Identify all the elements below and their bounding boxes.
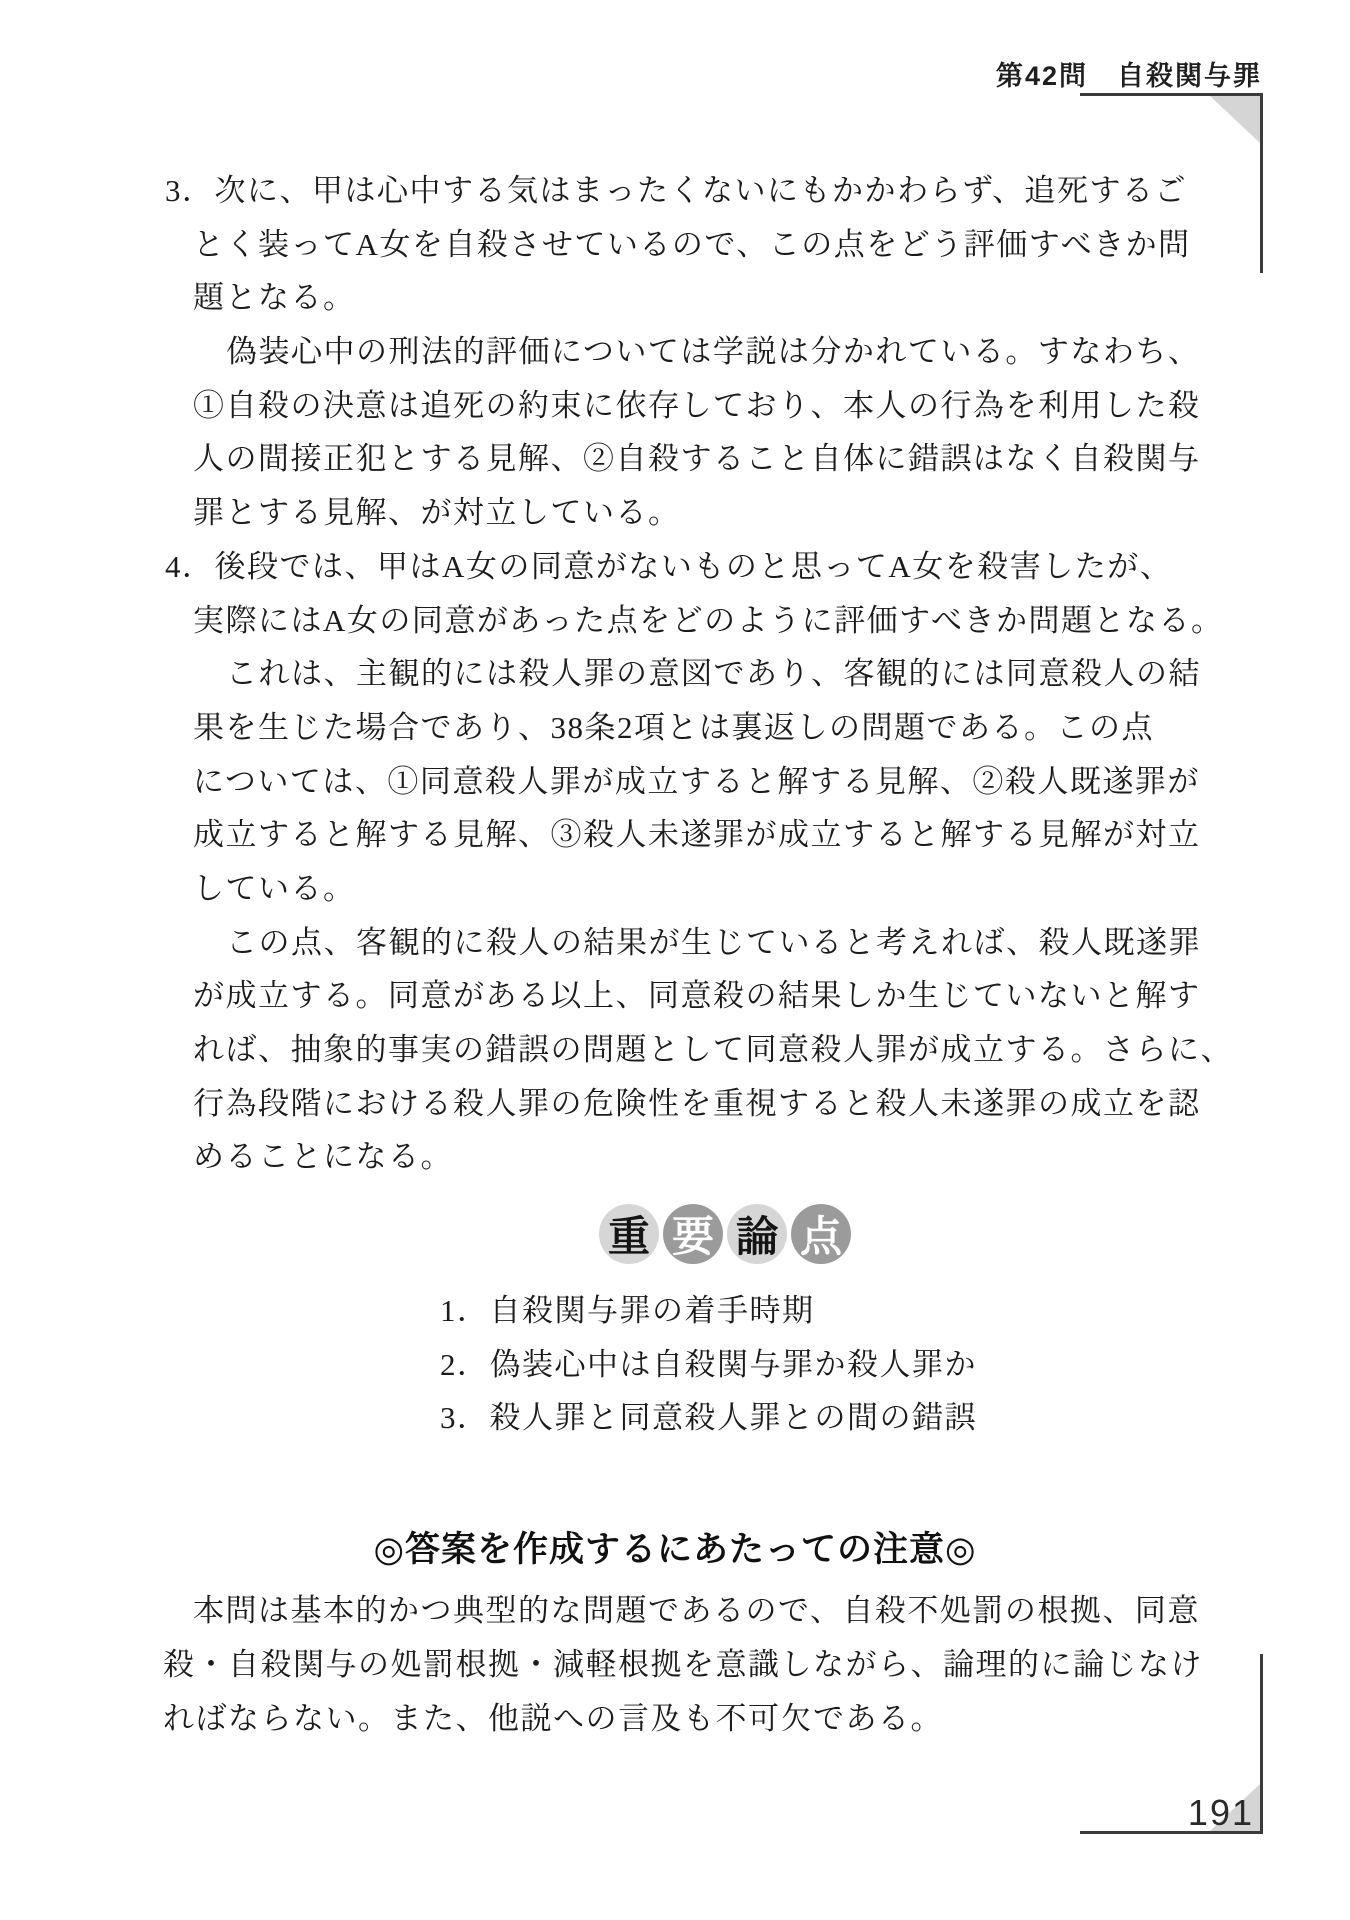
footer-rule-vertical: [1260, 1654, 1263, 1834]
page-number: 191: [1188, 1792, 1254, 1834]
body-text: 3．次に、甲は心中する気はまったくないにもかかわらず、追死するごとく装ってA女を…: [165, 164, 1225, 1184]
text-line: 1．自殺関与罪の着手時期: [440, 1284, 977, 1338]
text-line: 罪とする見解、が対立している。: [165, 486, 1225, 540]
header-rule-horizontal: [1080, 93, 1263, 96]
note-heading: ◎答案を作成するにあたっての注意◎: [0, 1522, 1350, 1572]
text-line: 実際にはA女の同意があった点をどのように評価すべきか問題となる。: [165, 594, 1225, 648]
text-line: 行為段階における殺人罪の危険性を重視すると殺人未遂罪の成立を認: [165, 1077, 1225, 1131]
text-line: 題となる。: [165, 271, 1225, 325]
text-line: ①自殺の決意は追死の約束に依存しており、本人の行為を利用した殺: [165, 379, 1225, 433]
text-line: ればならない。また、他説への言及も不可欠である。: [163, 1692, 1223, 1746]
text-line: めることになる。: [165, 1130, 1225, 1184]
text-line: 殺・自殺関与の処罰根拠・減軽根拠を意識しながら、論理的に論じなけ: [163, 1638, 1223, 1692]
badge-circle-4: 点: [791, 1204, 851, 1264]
text-line: 果を生じた場合であり、38条2項とは裏返しの問題である。この点: [165, 701, 1225, 755]
text-line: この点、客観的に殺人の結果が生じていると考えれば、殺人既遂罪: [165, 916, 1225, 970]
badge-circle-2: 要: [663, 1204, 723, 1264]
text-line: 3．殺人罪と同意殺人罪との間の錯誤: [440, 1391, 977, 1445]
badge-circle-3: 論: [727, 1204, 787, 1264]
badge-circle-1: 重: [599, 1204, 659, 1264]
text-line: 本問は基本的かつ典型的な問題であるので、自殺不処罰の根拠、同意: [163, 1584, 1223, 1638]
header-corner-triangle: [1210, 96, 1260, 143]
page-title: 第42問 自殺関与罪: [996, 54, 1262, 93]
text-line: している。: [165, 862, 1225, 916]
text-line: 2．偽装心中は自殺関与罪か殺人罪か: [440, 1338, 977, 1392]
text-line: 人の間接正犯とする見解、②自殺すること自体に錯誤はなく自殺関与: [165, 432, 1225, 486]
text-line: れば、抽象的事実の錯誤の問題として同意殺人罪が成立する。さらに、: [165, 1023, 1225, 1077]
text-line: 4．後段では、甲はA女の同意がないものと思ってA女を殺害したが、: [165, 540, 1225, 594]
text-line: 3．次に、甲は心中する気はまったくないにもかかわらず、追死するご: [165, 164, 1225, 218]
text-line: については、①同意殺人罪が成立すると解する見解、②殺人既遂罪が: [165, 755, 1225, 809]
text-line: 成立すると解する見解、③殺人未遂罪が成立すると解する見解が対立: [165, 808, 1225, 862]
header-rule-vertical: [1260, 93, 1263, 273]
important-points-badge: 重 要 論 点: [599, 1204, 851, 1264]
text-line: が成立する。同意がある以上、同意殺の結果しか生じていないと解す: [165, 969, 1225, 1023]
text-line: これは、主観的には殺人罪の意図であり、客観的には同意殺人の結: [165, 647, 1225, 701]
important-points-list: 1．自殺関与罪の着手時期2．偽装心中は自殺関与罪か殺人罪か3．殺人罪と同意殺人罪…: [440, 1284, 977, 1445]
textbook-page: 第42問 自殺関与罪 3．次に、甲は心中する気はまったくないにもかかわらず、追死…: [0, 0, 1350, 1920]
text-line: とく装ってA女を自殺させているので、この点をどう評価すべきか問: [165, 218, 1225, 272]
text-line: 偽装心中の刑法的評価については学説は分かれている。すなわち、: [165, 325, 1225, 379]
note-paragraph: 本問は基本的かつ典型的な問題であるので、自殺不処罰の根拠、同意殺・自殺関与の処罰…: [163, 1584, 1223, 1746]
